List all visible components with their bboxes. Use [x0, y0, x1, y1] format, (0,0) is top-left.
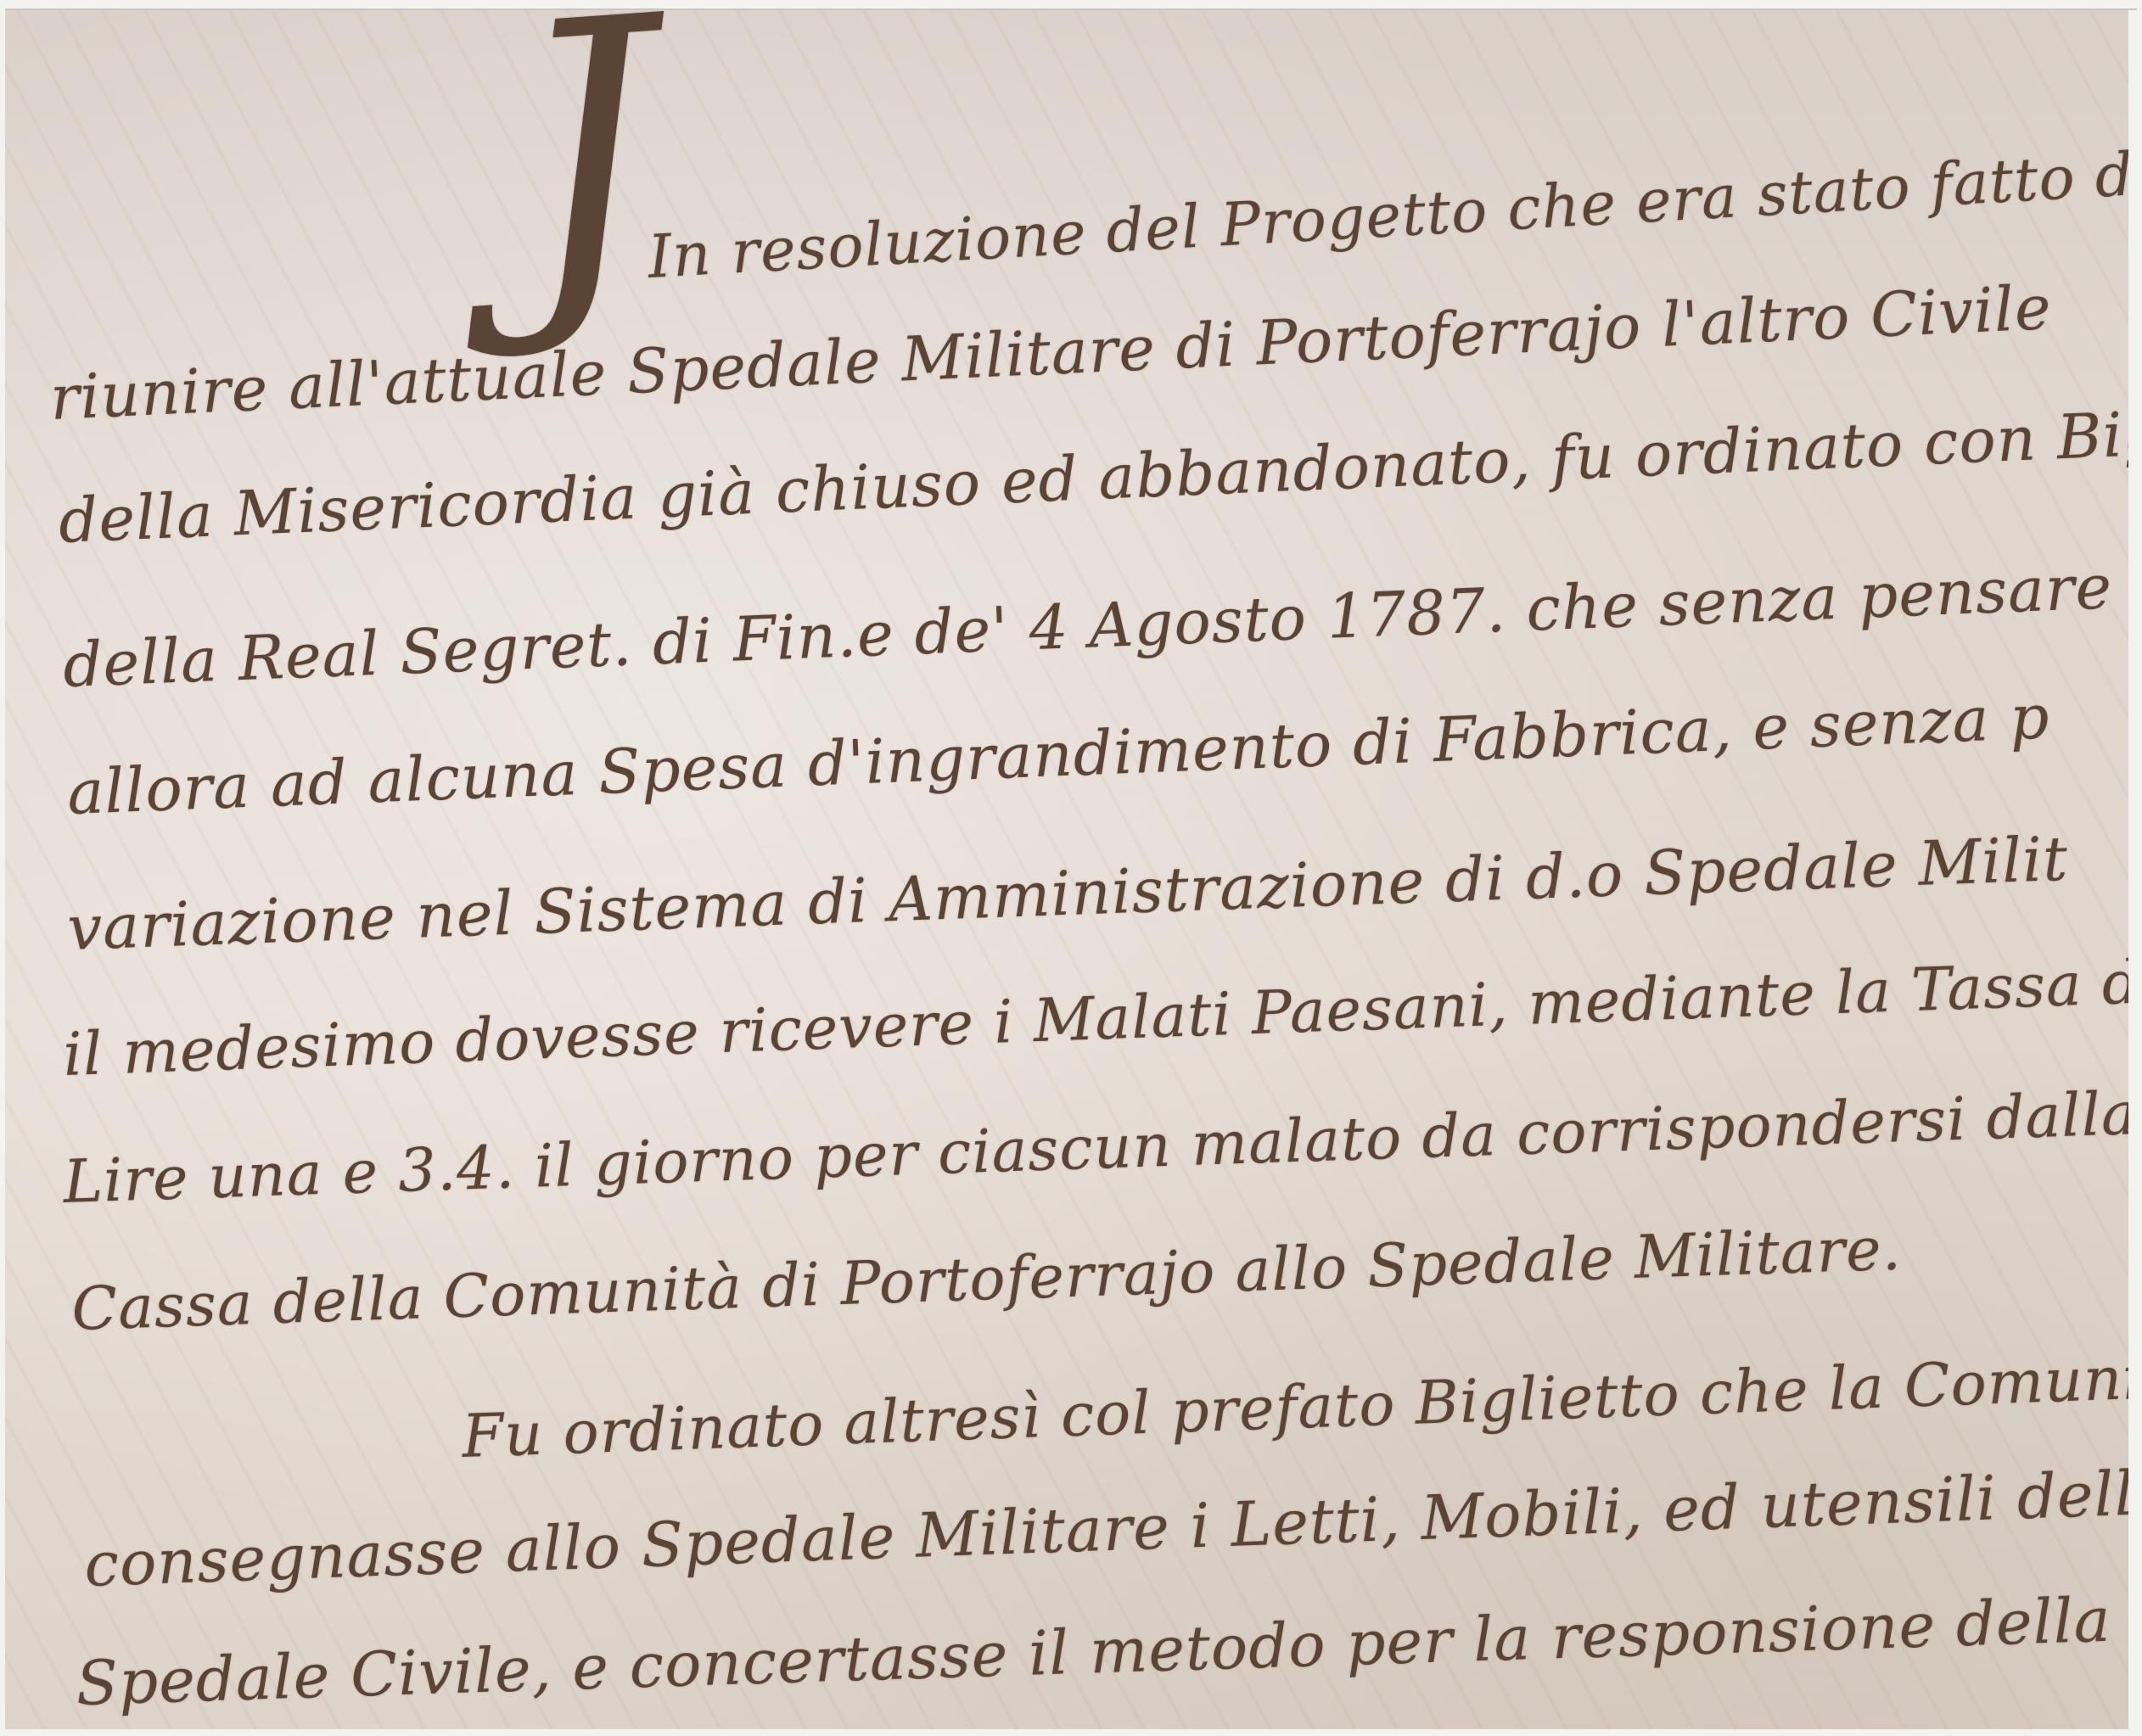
- page-frame: J In resoluzione del Progetto che era st…: [0, 0, 2142, 1736]
- photo-right-edge: [2128, 10, 2137, 1729]
- manuscript-photo: J In resoluzione del Progetto che era st…: [5, 8, 2137, 1729]
- decorative-initial: J: [502, 8, 670, 337]
